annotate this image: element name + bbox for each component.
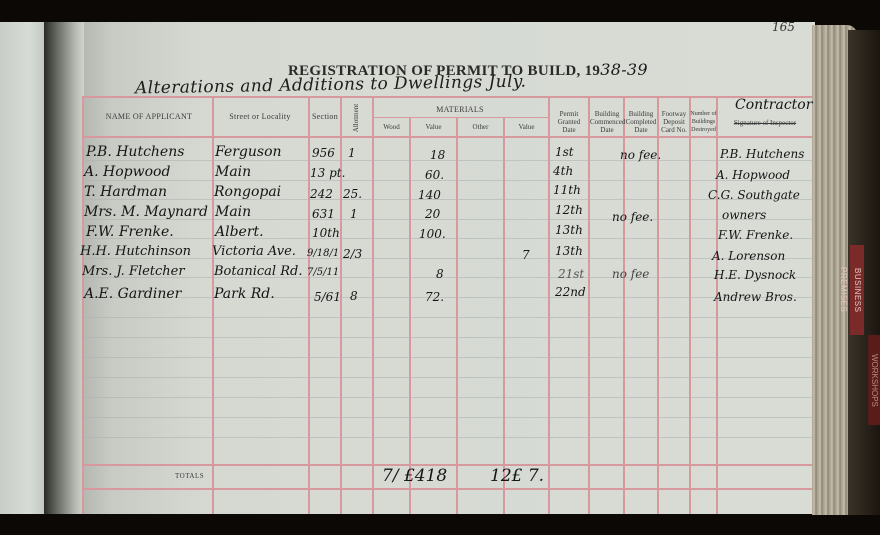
row-3-street: Main (215, 204, 251, 220)
row-4-street: Albert. (215, 224, 264, 240)
header-materials: MATERIALS (372, 106, 548, 114)
header-section: Section (310, 113, 340, 121)
row-4-section: 10th (312, 226, 340, 240)
row-6-street: Botanical Rd. (214, 264, 302, 279)
row-1-value: 60. (425, 168, 444, 182)
header-contractor: Contractor (735, 97, 812, 113)
header-footway: Footway Deposit Card No. (659, 110, 689, 134)
row-4-date: 13th (555, 223, 583, 237)
header-value-2: Value (505, 123, 548, 131)
header-commenced: Building Commenced Date (590, 110, 624, 134)
row-6-value: 8 (436, 267, 444, 281)
row-1-street: Main (215, 164, 251, 180)
row-2-value: 140 (418, 188, 441, 202)
row-0-name: P.B. Hutchens (86, 144, 184, 160)
index-tab-business-premises[interactable]: BUSINESS PREMISES (850, 245, 864, 335)
row-6-contractor: H.E. Dysnock (714, 268, 796, 282)
row-5-contractor: A. Lorenson (712, 249, 785, 263)
row-4-contractor: F.W. Frenke. (718, 228, 793, 242)
row-1-contractor: A. Hopwood (716, 168, 790, 182)
row-7-allotment: 8 (350, 289, 358, 303)
row-5-section: 9/18/1 (307, 248, 339, 259)
row-0-allotment: 1 (348, 146, 356, 160)
row-1-section: 13 pt. (310, 166, 345, 180)
row-0-note: no fee. (620, 148, 661, 162)
row-3-section: 631 (312, 207, 335, 221)
row-3-value: 20 (425, 207, 440, 221)
totals-other: 12£ 7. (490, 466, 544, 486)
row-6-note: no fee (612, 267, 649, 281)
row-5-allotment: 2/3 (343, 247, 362, 261)
row-7-date: 22nd (555, 285, 586, 299)
row-7-contractor: Andrew Bros. (714, 290, 797, 304)
header-wood: Wood (374, 123, 409, 131)
row-0-section: 956 (312, 146, 335, 160)
left-page (0, 22, 48, 514)
row-5-name: H.H. Hutchinson (80, 244, 191, 259)
row-3-name: Mrs. M. Maynard (84, 204, 208, 220)
totals-count-value: 7/ £418 (382, 466, 447, 486)
row-2-section: 242 (310, 187, 333, 201)
header-inspector-struck: Signature of Inspector (720, 119, 810, 127)
row-7-street: Park Rd. (214, 286, 275, 302)
row-2-contractor: C.G. Southgate (708, 188, 800, 202)
row-0-date: 1st (555, 145, 574, 159)
row-0-street: Ferguson (215, 144, 282, 160)
header-permit-date: Permit Granted Date (552, 110, 586, 134)
row-0-value: 18 (430, 148, 445, 162)
book-gutter (44, 22, 84, 514)
row-0-contractor: P.B. Hutchens (720, 147, 804, 161)
row-4-value: 100. (419, 227, 446, 241)
row-7-section: 5/61 (314, 290, 341, 304)
row-3-note: no fee. (612, 210, 653, 224)
totals-label: TOTALS (175, 472, 204, 480)
row-6-date: 21st (558, 267, 584, 281)
row-1-date: 4th (553, 164, 573, 178)
header-other: Other (458, 123, 503, 131)
row-7-name: A.E. Gardiner (84, 286, 181, 302)
header-name: NAME OF APPLICANT (90, 113, 208, 121)
row-3-allotment: 1 (350, 207, 358, 221)
row-1-name: A. Hopwood (84, 164, 170, 180)
row-5-street: Victoria Ave. (212, 244, 296, 259)
row-3-contractor: owners (722, 208, 766, 222)
title-year: 38-39 (600, 60, 648, 79)
row-4-name: F.W. Frenke. (86, 224, 174, 240)
header-value-1: Value (411, 123, 456, 131)
index-tab-workshops[interactable]: WORKSHOPS (868, 335, 880, 425)
row-6-name: Mrs. J. Fletcher (82, 264, 185, 279)
row-7-value: 72. (425, 290, 444, 304)
page-number: 165 (772, 20, 795, 34)
row-5-other-value: 7 (522, 248, 530, 262)
header-allotment: Allotment (352, 98, 360, 138)
header-destroyed: Number of Buildings Destroyed (690, 110, 717, 134)
row-5-date: 13th (555, 244, 583, 258)
row-2-date: 11th (553, 183, 581, 197)
header-street: Street or Locality (214, 113, 306, 121)
header-completed: Building Completed Date (625, 110, 657, 134)
row-2-street: Rongopai (214, 184, 281, 200)
row-2-allotment: 25. (343, 187, 362, 201)
row-2-name: T. Hardman (84, 184, 167, 200)
row-6-section: 7/5/11 (307, 267, 339, 278)
row-3-date: 12th (555, 203, 583, 217)
